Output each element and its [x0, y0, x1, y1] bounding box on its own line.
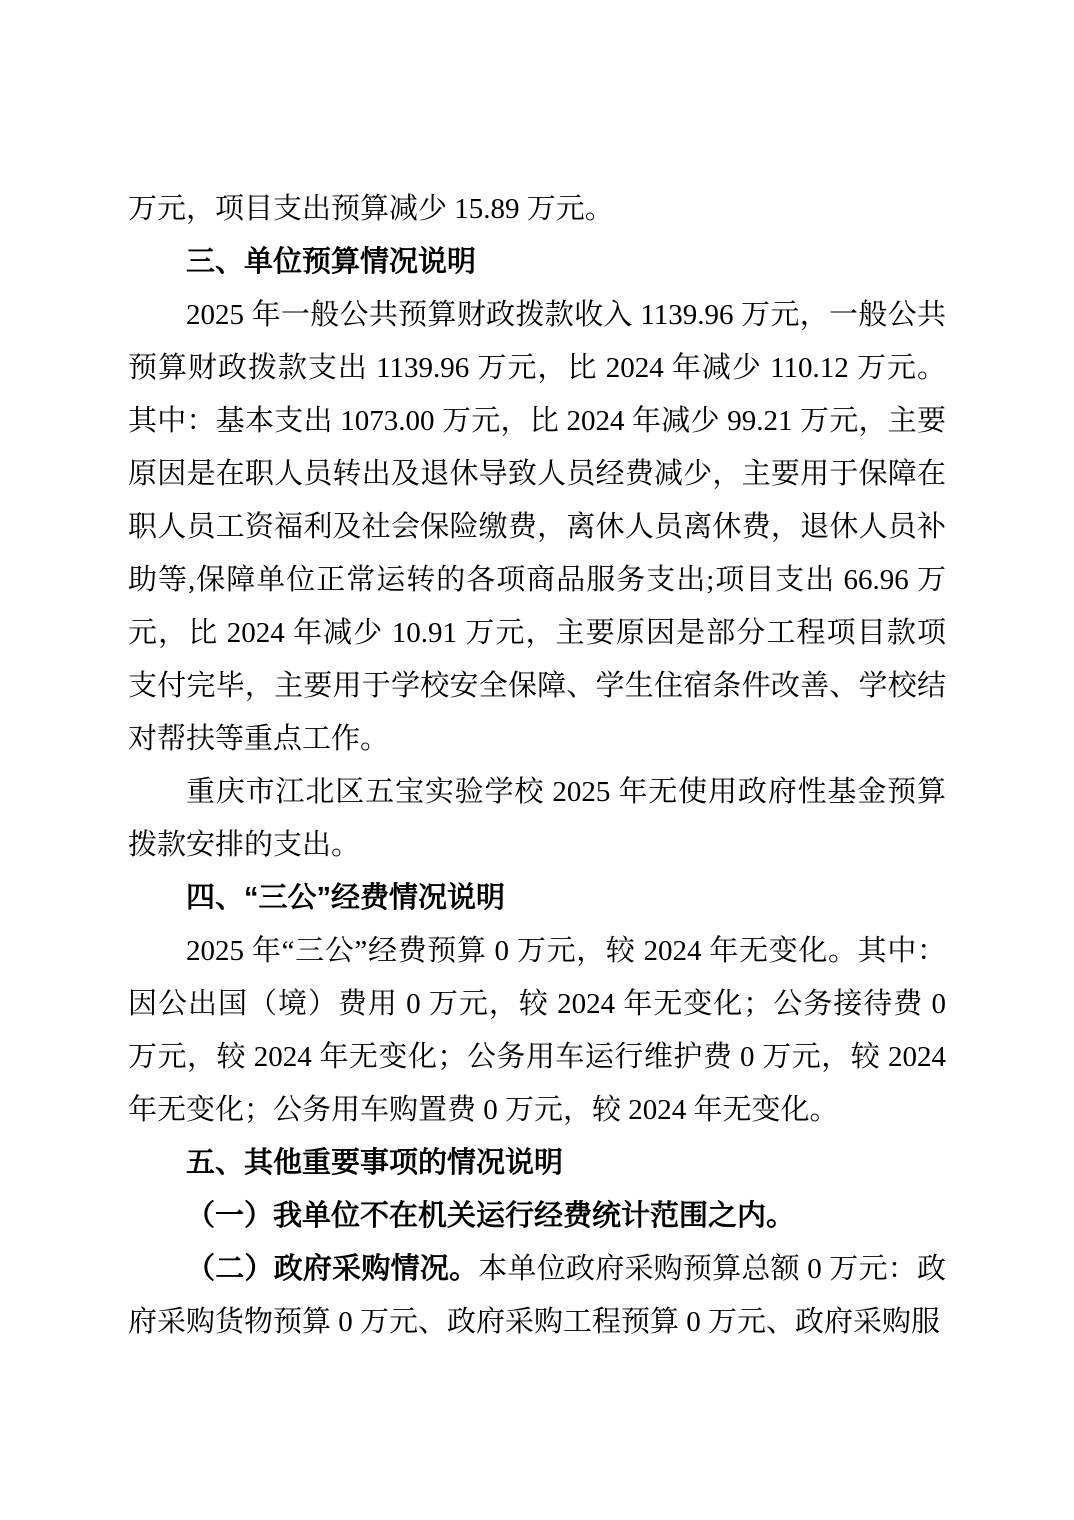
paragraph-budget-explanation-text: 2025 年一般公共预算财政拨款收入 1139.96 万元，一般公共预算财政拨款… — [128, 299, 946, 755]
paragraph-three-public-expenses-text: 2025 年“三公”经费预算 0 万元，较 2024 年无变化。其中：因公出国（… — [128, 935, 946, 1126]
section-heading-5-text: 五、其他重要事项的情况说明 — [186, 1147, 563, 1179]
section-heading-4-text: 四、“三公”经费情况说明 — [186, 882, 505, 914]
document-page: 万元，项目支出预算减少 15.89 万元。 三、单位预算情况说明 2025 年一… — [0, 0, 1074, 1520]
paragraph-item-one-text: （一）我单位不在机关运行经费统计范围之内。 — [186, 1200, 795, 1232]
paragraph-government-fund-text: 重庆市江北区五宝实验学校 2025 年无使用政府性基金预算拨款安排的支出。 — [128, 776, 946, 861]
section-heading-5: 五、其他重要事项的情况说明 — [128, 1137, 946, 1190]
paragraph-item-two-lead-text: （二）政府采购情况。 — [186, 1253, 478, 1285]
section-heading-3-text: 三、单位预算情况说明 — [186, 246, 476, 278]
paragraph-government-fund: 重庆市江北区五宝实验学校 2025 年无使用政府性基金预算拨款安排的支出。 — [128, 766, 946, 872]
paragraph-item-two-procurement: （二）政府采购情况。本单位政府采购预算总额 0 万元：政府采购货物预算 0 万元… — [128, 1243, 946, 1349]
section-heading-4: 四、“三公”经费情况说明 — [128, 872, 946, 925]
document-content: 万元，项目支出预算减少 15.89 万元。 三、单位预算情况说明 2025 年一… — [128, 183, 946, 1349]
paragraph-three-public-expenses: 2025 年“三公”经费预算 0 万元，较 2024 年无变化。其中：因公出国（… — [128, 925, 946, 1137]
paragraph-budget-explanation: 2025 年一般公共预算财政拨款收入 1139.96 万元，一般公共预算财政拨款… — [128, 289, 946, 766]
paragraph-continuation: 万元，项目支出预算减少 15.89 万元。 — [128, 183, 946, 236]
section-heading-3: 三、单位预算情况说明 — [128, 236, 946, 289]
paragraph-item-one: （一）我单位不在机关运行经费统计范围之内。 — [128, 1190, 946, 1243]
paragraph-continuation-text: 万元，项目支出预算减少 15.89 万元。 — [128, 193, 614, 225]
